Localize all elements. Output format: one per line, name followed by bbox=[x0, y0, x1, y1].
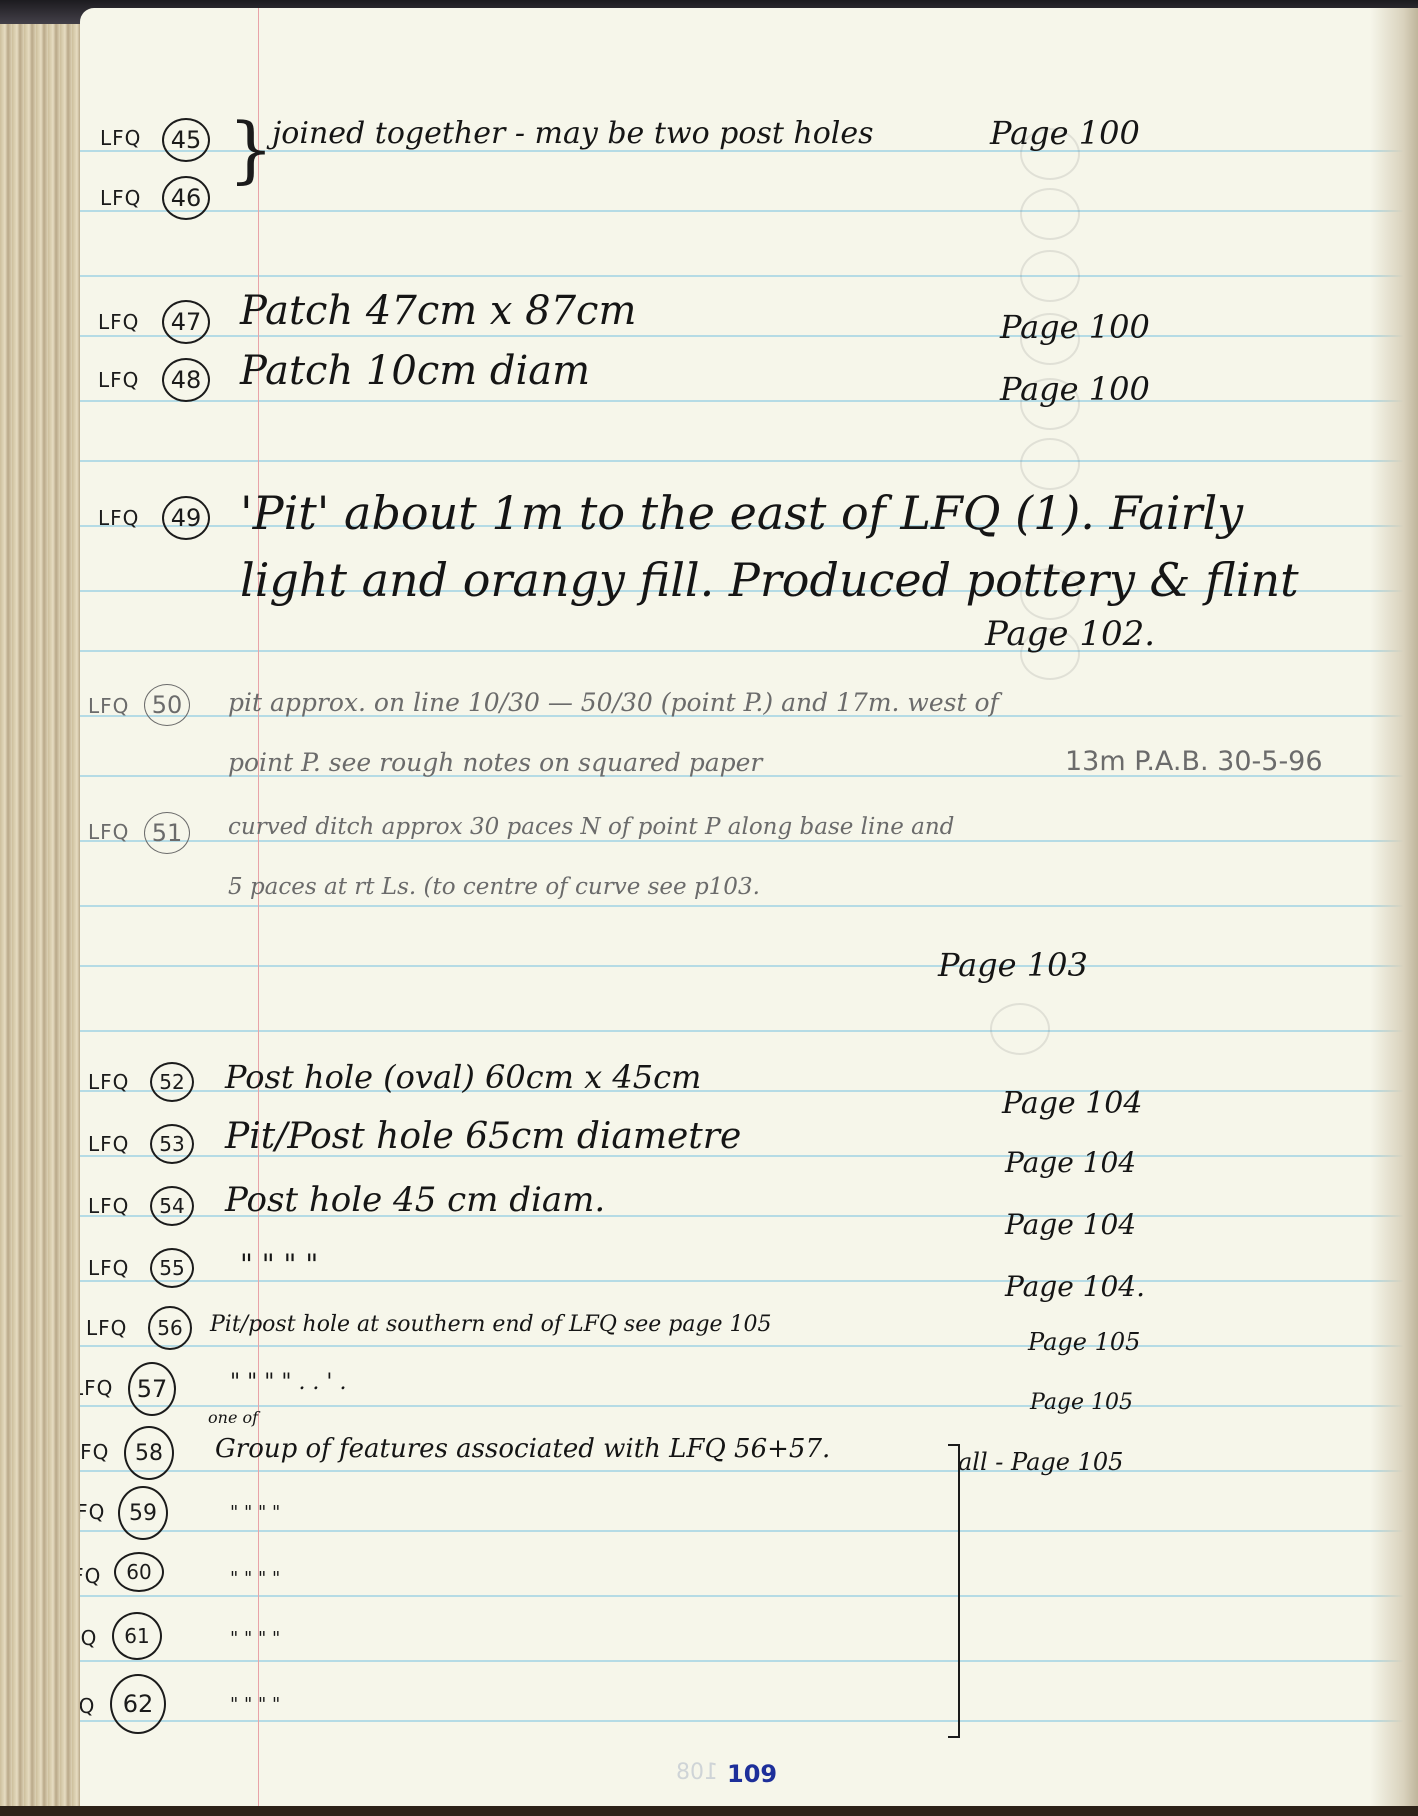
entry-description: Patch 10cm diam bbox=[240, 348, 590, 394]
feature-number-circle: 59 bbox=[118, 1486, 168, 1540]
rule-line bbox=[80, 335, 1418, 337]
lfq-prefix: LFQ bbox=[88, 1256, 129, 1280]
entry-description: Patch 47cm x 87cm bbox=[240, 288, 636, 334]
page-reference: Page 104 bbox=[1002, 1086, 1142, 1121]
page-reference: Page 104. bbox=[1005, 1270, 1145, 1303]
rule-line bbox=[80, 460, 1418, 462]
rule-line bbox=[80, 840, 1418, 842]
lfq-prefix: LFQ bbox=[88, 1194, 129, 1218]
rule-line bbox=[80, 1030, 1418, 1032]
page-reference: Page 100 bbox=[990, 114, 1140, 152]
page-number: 109 bbox=[727, 1760, 777, 1788]
rule-line bbox=[80, 1345, 1418, 1347]
feature-number-circle: 52 bbox=[150, 1062, 194, 1102]
feature-number-circle: 54 bbox=[150, 1186, 194, 1226]
rule-line bbox=[80, 275, 1418, 277]
notebook-page: LFQ 45 joined together - may be two post… bbox=[80, 8, 1418, 1808]
feature-number-circle: 45 bbox=[162, 118, 210, 162]
rule-line bbox=[80, 905, 1418, 907]
rule-line bbox=[80, 1470, 1418, 1472]
rule-line bbox=[80, 210, 1418, 212]
lfq-prefix: LFQ bbox=[80, 1694, 95, 1718]
entry-description: Pit/post hole at southern end of LFQ see… bbox=[210, 1312, 772, 1337]
rule-line bbox=[80, 1660, 1418, 1662]
page-reference: Page 103 bbox=[938, 946, 1088, 984]
page-reference: all - Page 105 bbox=[958, 1448, 1123, 1476]
bleed-through-mark bbox=[1020, 250, 1080, 302]
feature-number-circle: 62 bbox=[110, 1674, 166, 1734]
feature-number-circle: 50 bbox=[144, 684, 190, 726]
feature-number-circle: 46 bbox=[162, 176, 210, 220]
page-reference: 13m P.A.B. 30-5-96 bbox=[1065, 746, 1323, 777]
entry-description: " " " " bbox=[230, 1568, 280, 1589]
bleed-through-mark bbox=[1020, 188, 1080, 240]
entry-description: Pit/Post hole 65cm diametre bbox=[225, 1116, 741, 1157]
feature-number-circle: 51 bbox=[144, 812, 190, 854]
feature-number-circle: 53 bbox=[150, 1124, 194, 1164]
lfq-prefix: LFQ bbox=[80, 1626, 97, 1650]
rule-line bbox=[80, 1405, 1418, 1407]
entry-description: " " " " . . ' . bbox=[230, 1370, 346, 1395]
entry-description: Post hole (oval) 60cm x 45cm bbox=[225, 1058, 701, 1096]
entry-description: pit approx. on line 10/30 — 50/30 (point… bbox=[228, 688, 999, 717]
lfq-prefix: LFQ bbox=[88, 1132, 129, 1156]
page-reference: Page 105 bbox=[1030, 1390, 1133, 1415]
rule-line bbox=[80, 400, 1418, 402]
entry-description-line2: 5 paces at rt Ls. (to centre of curve se… bbox=[228, 874, 760, 900]
entry-description: Group of features associated with LFQ 56… bbox=[215, 1434, 830, 1464]
page-reference: Page 100 bbox=[1000, 370, 1150, 408]
rule-line bbox=[80, 1720, 1418, 1722]
page-stack-edge bbox=[0, 24, 84, 1810]
rule-line bbox=[80, 650, 1418, 652]
bracket-58-62 bbox=[948, 1444, 960, 1738]
feature-number-circle: 58 bbox=[124, 1426, 174, 1480]
rule-line bbox=[80, 965, 1418, 967]
feature-number-circle: 60 bbox=[114, 1552, 164, 1592]
margin-line bbox=[258, 8, 259, 1808]
feature-number-circle: 48 bbox=[162, 358, 210, 402]
lfq-prefix: LFQ bbox=[88, 694, 129, 718]
entry-description: " " " " bbox=[240, 1248, 318, 1281]
entry-description: " " " " bbox=[230, 1628, 280, 1649]
lfq-prefix: LFQ bbox=[80, 1440, 109, 1464]
lfq-prefix: LFQ bbox=[88, 1070, 129, 1094]
feature-number-circle: 47 bbox=[162, 300, 210, 344]
feature-number-circle: 61 bbox=[112, 1612, 162, 1660]
lfq-prefix: LFQ bbox=[80, 1564, 101, 1588]
page-reference: Page 105 bbox=[1028, 1328, 1140, 1356]
insert-annotation: one of bbox=[208, 1408, 258, 1427]
entry-description: Post hole 45 cm diam. bbox=[225, 1180, 605, 1220]
lfq-prefix: LFQ bbox=[100, 126, 141, 150]
lfq-prefix: LFQ bbox=[80, 1376, 113, 1400]
lfq-prefix: LFQ bbox=[98, 506, 139, 530]
page-reference: Page 100 bbox=[1000, 308, 1150, 346]
feature-number-circle: 49 bbox=[162, 496, 210, 540]
feature-number-circle: 57 bbox=[128, 1362, 176, 1416]
page-reference: Page 102. bbox=[985, 614, 1155, 654]
feature-number-circle: 55 bbox=[150, 1248, 194, 1288]
entry-description-line2: point P. see rough notes on squared pape… bbox=[228, 748, 762, 777]
bleed-through-mark bbox=[1020, 438, 1080, 490]
entry-description: curved ditch approx 30 paces N of point … bbox=[228, 814, 954, 840]
brace-45-46: } bbox=[228, 113, 274, 185]
entry-description-line2: light and orangy fill. Produced pottery … bbox=[240, 553, 1299, 607]
page-reference: Page 104 bbox=[1005, 1146, 1136, 1179]
lfq-prefix: LFQ bbox=[100, 186, 141, 210]
bleed-through-mark bbox=[990, 1003, 1050, 1055]
entry-description: " " " " bbox=[230, 1502, 280, 1523]
page-reference: Page 104 bbox=[1005, 1208, 1136, 1241]
lfq-prefix: LFQ bbox=[88, 820, 129, 844]
rule-line bbox=[80, 1595, 1418, 1597]
feature-number-circle: 56 bbox=[148, 1306, 192, 1350]
ghost-page-number: 108 bbox=[676, 1760, 718, 1785]
lfq-prefix: LFQ bbox=[98, 310, 139, 334]
lfq-prefix: LFQ bbox=[86, 1316, 127, 1340]
scan-bottom-edge bbox=[0, 1806, 1418, 1816]
lfq-prefix: LFQ bbox=[80, 1500, 105, 1524]
entry-description: joined together - may be two post holes bbox=[272, 116, 874, 151]
entry-description: 'Pit' about 1m to the east of LFQ (1). F… bbox=[240, 486, 1243, 540]
entry-description: " " " " bbox=[230, 1694, 280, 1715]
lfq-prefix: LFQ bbox=[98, 368, 139, 392]
rule-line bbox=[80, 1530, 1418, 1532]
